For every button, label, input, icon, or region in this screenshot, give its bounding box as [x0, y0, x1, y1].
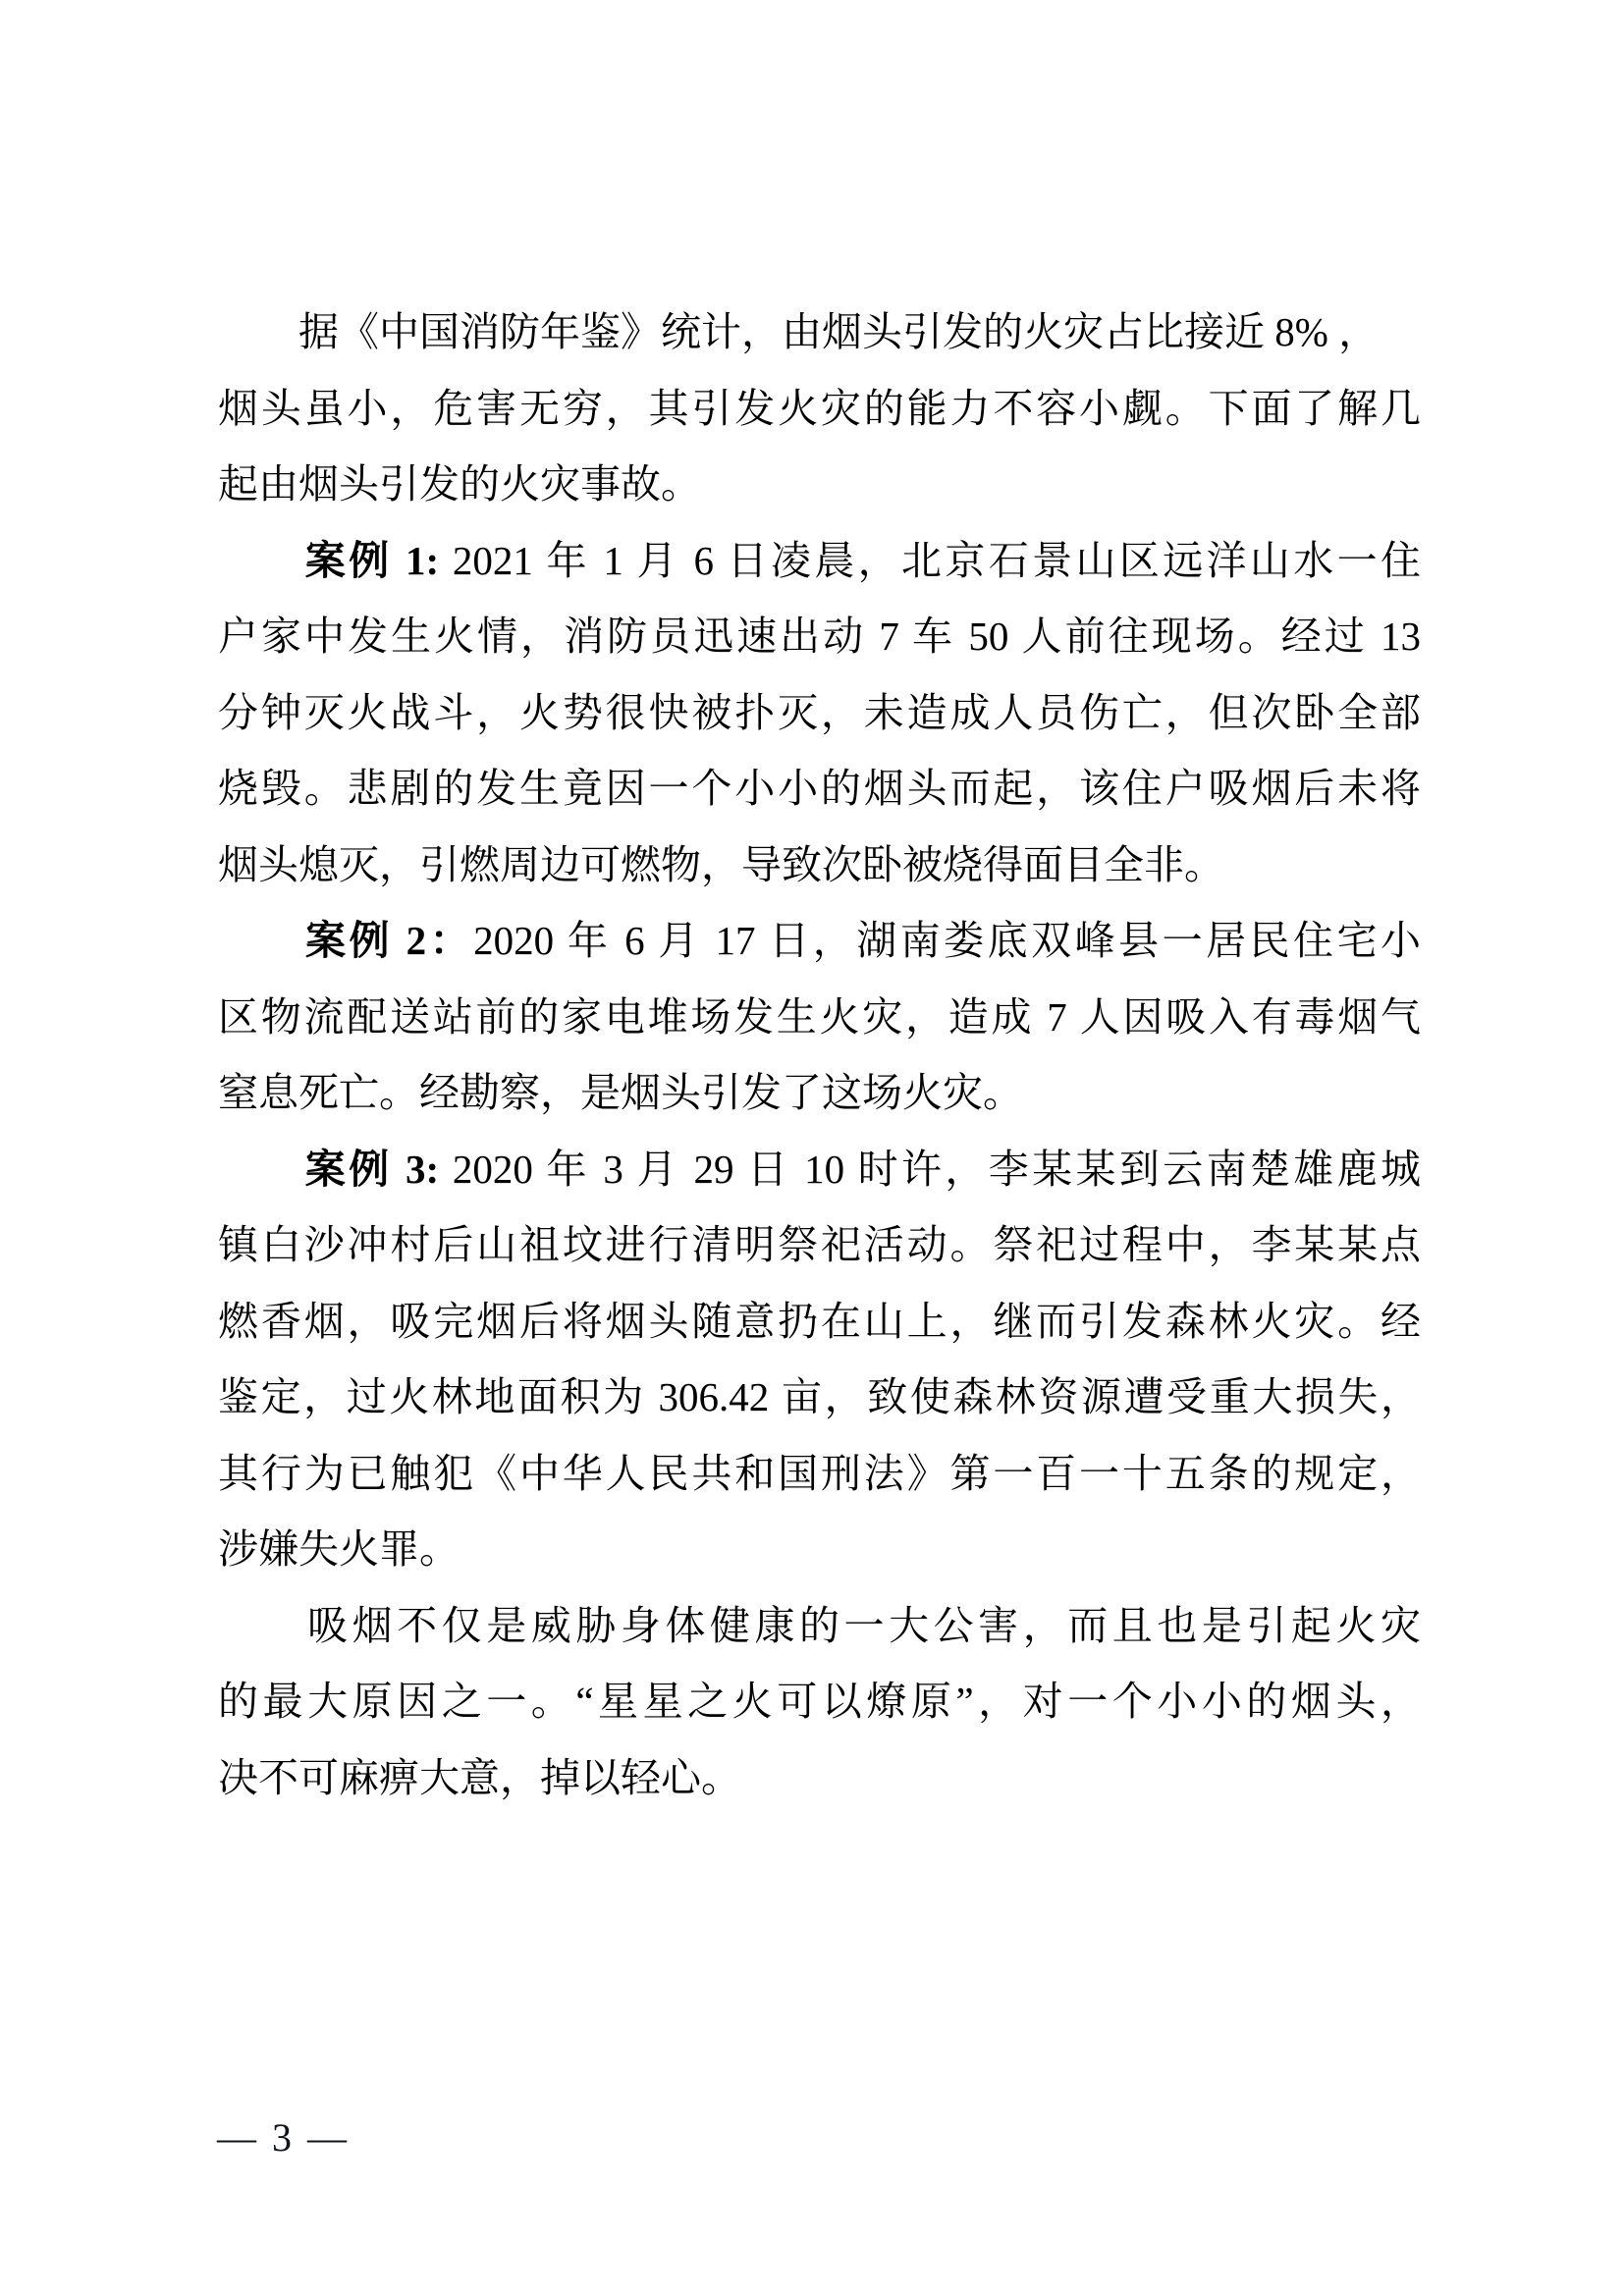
line-text: 决不可麻痹大意，掉以轻心。	[218, 1755, 741, 1800]
text-line: 区物流配送站前的家电堆场发生火灾，造成 7 人因吸入有毒烟气	[218, 980, 1421, 1056]
document-page: 据《中国消防年鉴》统计，由烟头引发的火灾占比接近 8% ， 烟头虽小，危害无穷，…	[0, 0, 1624, 2296]
line-text: 涉嫌失火罪。	[218, 1526, 460, 1572]
case-label: 案例 3:	[218, 1147, 439, 1192]
line-text: 2020 年 6 月 17 日，湖南娄底双峰县一居民住宅小	[473, 918, 1421, 963]
line-text: 吸烟不仅是威胁身体健康的一大公害，而且也是引起火灾	[218, 1603, 1421, 1648]
case-label: 案例 2：	[218, 918, 473, 963]
text-line: 的最大原因之一。“星星之火可以燎原”，对一个小小的烟头，	[218, 1664, 1421, 1740]
text-line: 烧毁。悲剧的发生竟因一个小小的烟头而起，该住户吸烟后未将	[218, 751, 1421, 828]
line-text: 分钟灭火战斗，火势很快被扑灭，未造成人员伤亡，但次卧全部	[218, 690, 1421, 735]
text-line: 案例 3: 2020 年 3 月 29 日 10 时许，李某某到云南楚雄鹿城	[218, 1132, 1421, 1208]
text-line: 分钟灭火战斗，火势很快被扑灭，未造成人员伤亡，但次卧全部	[218, 675, 1421, 752]
page-number: — 3 —	[217, 2110, 350, 2165]
line-text: 烟头虽小，危害无穷，其引发火灾的能力不容小觑。下面了解几	[218, 386, 1421, 431]
text-line: 户家中发生火情，消防员迅速出动 7 车 50 人前往现场。经过 13	[218, 599, 1421, 675]
line-text: 2020 年 3 月 29 日 10 时许，李某某到云南楚雄鹿城	[439, 1147, 1421, 1192]
line-text: 起由烟头引发的火灾事故。	[218, 461, 701, 507]
line-text: 镇白沙冲村后山祖坟进行清明祭祀活动。祭祀过程中，李某某点	[218, 1222, 1421, 1267]
text-line: 决不可麻痹大意，掉以轻心。	[218, 1740, 1421, 1817]
text-line: 烟头熄灭，引燃周边可燃物，导致次卧被烧得面目全非。	[218, 828, 1421, 904]
text-line: 案例 2：2020 年 6 月 17 日，湖南娄底双峰县一居民住宅小	[218, 903, 1421, 980]
text-line: 据《中国消防年鉴》统计，由烟头引发的火灾占比接近 8% ，	[218, 294, 1421, 371]
text-line: 吸烟不仅是威胁身体健康的一大公害，而且也是引起火灾	[218, 1588, 1421, 1665]
text-line: 其行为已触犯《中华人民共和国刑法》第一百一十五条的规定，	[218, 1436, 1421, 1513]
text-line: 窒息死亡。经勘察，是烟头引发了这场火灾。	[218, 1055, 1421, 1132]
text-line: 烟头虽小，危害无穷，其引发火灾的能力不容小觑。下面了解几	[218, 371, 1421, 448]
text-line: 案例 1: 2021 年 1 月 6 日凌晨，北京石景山区远洋山水一住	[218, 523, 1421, 600]
text-line: 起由烟头引发的火灾事故。	[218, 447, 1421, 523]
line-text: 烟头熄灭，引燃周边可燃物，导致次卧被烧得面目全非。	[218, 842, 1224, 887]
document-body: 据《中国消防年鉴》统计，由烟头引发的火灾占比接近 8% ， 烟头虽小，危害无穷，…	[218, 294, 1421, 1816]
line-text: 2021 年 1 月 6 日凌晨，北京石景山区远洋山水一住	[439, 538, 1421, 583]
text-line: 镇白沙冲村后山祖坟进行清明祭祀活动。祭祀过程中，李某某点	[218, 1207, 1421, 1284]
line-text: 烧毁。悲剧的发生竟因一个小小的烟头而起，该住户吸烟后未将	[218, 766, 1421, 811]
text-line: 鉴定，过火林地面积为 306.42 亩，致使森林资源遭受重大损失，	[218, 1360, 1421, 1436]
line-text: 区物流配送站前的家电堆场发生火灾，造成 7 人因吸入有毒烟气	[218, 994, 1421, 1040]
line-text: 的最大原因之一。“星星之火可以燎原”，对一个小小的烟头，	[218, 1679, 1421, 1724]
line-text: 其行为已触犯《中华人民共和国刑法》第一百一十五条的规定，	[218, 1451, 1421, 1496]
text-line: 涉嫌失火罪。	[218, 1512, 1421, 1588]
case-label: 案例 1:	[218, 538, 439, 583]
line-text: 据《中国消防年鉴》统计，由烟头引发的火灾占比接近 8% ，	[218, 309, 1379, 354]
line-text: 户家中发生火情，消防员迅速出动 7 车 50 人前往现场。经过 13	[218, 614, 1421, 659]
line-text: 鉴定，过火林地面积为 306.42 亩，致使森林资源遭受重大损失，	[218, 1374, 1421, 1419]
line-text: 窒息死亡。经勘察，是烟头引发了这场火灾。	[218, 1070, 1023, 1115]
line-text: 燃香烟，吸完烟后将烟头随意扔在山上，继而引发森林火灾。经	[218, 1299, 1421, 1344]
text-line: 燃香烟，吸完烟后将烟头随意扔在山上，继而引发森林火灾。经	[218, 1284, 1421, 1361]
